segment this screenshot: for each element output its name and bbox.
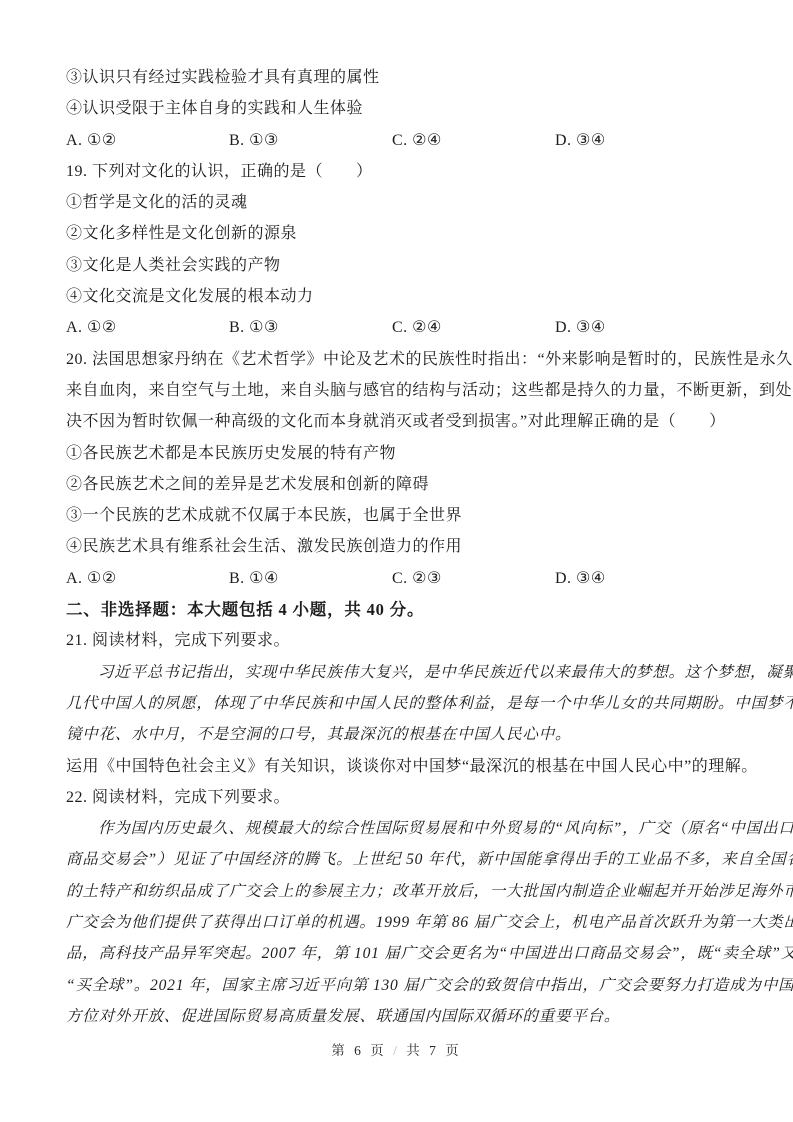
q18-choice-a: A. ①② (66, 125, 229, 156)
q18-choice-d: D. ③④ (555, 125, 718, 156)
q22-material-line-1: 作为国内历史最久、规模最大的综合性国际贸易展和中外贸易的“风向标”，广交（原名“… (66, 813, 735, 844)
q20-choice-d: D. ③④ (555, 563, 718, 594)
q22-material-line-3: 的土特产和纺织品成了广交会上的参展主力；改革开放后，一大批国内制造企业崛起并开始… (66, 876, 735, 907)
q19-option-4: ④文化交流是文化发展的根本动力 (66, 281, 735, 312)
q19-option-1: ①哲学是文化的活的灵魂 (66, 187, 735, 218)
q18-option-4: ④认识受限于主体自身的实践和人生体验 (66, 93, 735, 124)
page-content: ③认识只有经过实践检验才具有真理的属性 ④认识受限于主体自身的实践和人生体验 A… (0, 0, 793, 1032)
q19-choice-a: A. ①② (66, 312, 229, 343)
page-number-current: 第 6 页 (331, 1043, 393, 1058)
q19-choice-d: D. ③④ (555, 312, 718, 343)
q20-option-1: ①各民族艺术都是本民族历史发展的特有产物 (66, 438, 735, 469)
section-2-heading: 二、非选择题：本大题包括 4 小题，共 40 分。 (66, 594, 735, 625)
q19-option-2: ②文化多样性是文化创新的源泉 (66, 218, 735, 249)
q20-stem-line-3: 决不因为暂时钦佩一种高级的文化而本身就消灭或者受到损害。”对此理解正确的是（ ） (66, 406, 735, 437)
q20-option-3: ③一个民族的艺术成就不仅属于本民族，也属于全世界 (66, 500, 735, 531)
q21-material-line-1: 习近平总书记指出，实现中华民族伟大复兴，是中华民族近代以来最伟大的梦想。这个梦想… (66, 657, 735, 688)
q22-material-line-7: 方位对外开放、促进国际贸易高质量发展、联通国内国际双循环的重要平台。 (66, 1001, 735, 1032)
q19-choice-c: C. ②④ (392, 312, 555, 343)
q22-material-line-5: 品，高科技产品异军突起。2007 年，第 101 届广交会更名为“中国进出口商品… (66, 938, 735, 969)
q20-option-2: ②各民族艺术之间的差异是艺术发展和创新的障碍 (66, 469, 735, 500)
q21-task: 运用《中国特色社会主义》有关知识，谈谈你对中国梦“最深沉的根基在中国人民心中”的… (66, 751, 735, 782)
q18-choices-row: A. ①② B. ①③ C. ②④ D. ③④ (66, 125, 735, 156)
q21-header: 21. 阅读材料，完成下列要求。 (66, 625, 735, 656)
q19-option-3: ③文化是人类社会实践的产物 (66, 250, 735, 281)
q22-material-line-4: 广交会为他们提供了获得出口订单的机遇。1999 年第 86 届广交会上，机电产品… (66, 907, 735, 938)
q19-choices-row: A. ①② B. ①③ C. ②④ D. ③④ (66, 312, 735, 343)
q20-stem-line-1: 20. 法国思想家丹纳在《艺术哲学》中论及艺术的民族性时指出：“外来影响是暂时的… (66, 344, 735, 375)
q20-option-4: ④民族艺术具有维系社会生活、激发民族创造力的作用 (66, 531, 735, 562)
page-number-total: 共 7 页 (400, 1043, 462, 1058)
page-number-footer: 第 6 页 / 共 7 页 (0, 1039, 793, 1059)
q19-choice-b: B. ①③ (229, 312, 392, 343)
q20-stem-line-2: 来自血肉，来自空气与土地，来自头脑与感官的结构与活动；这些都是持久的力量，不断更… (66, 375, 735, 406)
q20-choice-b: B. ①④ (229, 563, 392, 594)
page-number-separator: / (393, 1043, 400, 1058)
q18-choice-b: B. ①③ (229, 125, 392, 156)
q20-choices-row: A. ①② B. ①④ C. ②③ D. ③④ (66, 563, 735, 594)
q20-choice-a: A. ①② (66, 563, 229, 594)
exam-paper-page: ③认识只有经过实践检验才具有真理的属性 ④认识受限于主体自身的实践和人生体验 A… (0, 0, 793, 1122)
q18-choice-c: C. ②④ (392, 125, 555, 156)
q21-material-line-2: 几代中国人的夙愿，体现了中华民族和中国人民的整体利益，是每一个中华儿女的共同期盼… (66, 688, 735, 719)
q18-option-3: ③认识只有经过实践检验才具有真理的属性 (66, 62, 735, 93)
q22-material-line-2: 商品交易会”）见证了中国经济的腾飞。上世纪 50 年代，新中国能拿得出手的工业品… (66, 844, 735, 875)
q22-material-line-6: “买全球”。2021 年，国家主席习近平向第 130 届广交会的致贺信中指出，广… (66, 970, 735, 1001)
q20-choice-c: C. ②③ (392, 563, 555, 594)
q22-header: 22. 阅读材料，完成下列要求。 (66, 782, 735, 813)
q21-material-line-3: 镜中花、水中月，不是空洞的口号，其最深沉的根基在中国人民心中。 (66, 719, 735, 750)
q19-stem: 19. 下列对文化的认识，正确的是（ ） (66, 156, 735, 187)
